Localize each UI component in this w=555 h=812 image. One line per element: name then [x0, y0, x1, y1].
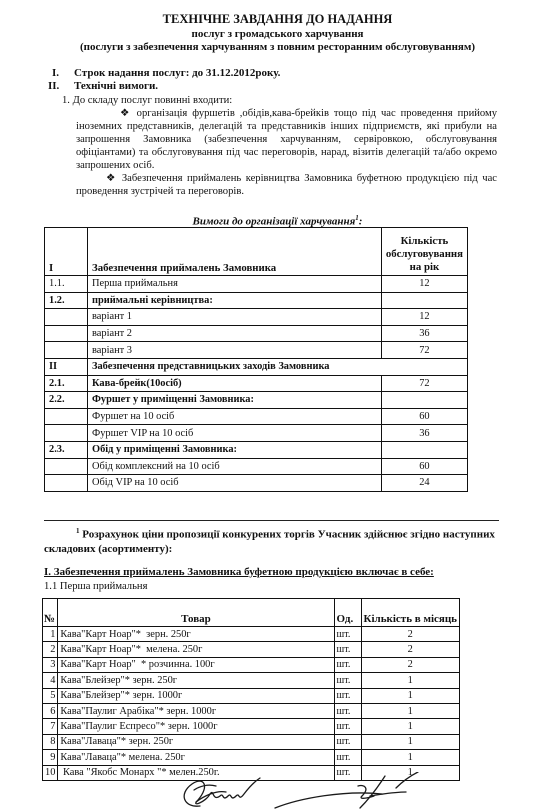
row-number — [45, 475, 88, 492]
row-name: варіант 2 — [88, 325, 382, 342]
row-product: Кава"Лаваца"* мелена. 250г — [58, 750, 334, 765]
row-product: Кава"Паулиг Еспресо"* зерн. 1000г — [58, 719, 334, 734]
requirements-row: Фуршет на 10 осіб60 — [45, 408, 468, 425]
section-1-number: I. — [52, 67, 74, 79]
row-qty: 2 — [361, 642, 460, 657]
row-number: 2 — [43, 642, 58, 657]
header-product: Товар — [58, 599, 334, 627]
row-unit: шт. — [334, 673, 361, 688]
row-unit: шт. — [334, 642, 361, 657]
row-number: 2.1. — [45, 375, 88, 392]
row-qty: 12 — [381, 276, 467, 293]
header-name: Забезпечення приймалень Замовника — [88, 228, 382, 276]
signature-icon — [170, 772, 430, 812]
header-qty: Кількість обслуговування на рік — [381, 228, 467, 276]
requirements-row: 1.1.Перша приймальня12 — [45, 276, 468, 293]
row-qty: 1 — [361, 734, 460, 749]
goods-header-row: № Товар Од. Кількість в місяць — [43, 599, 460, 627]
row-name: Кава-брейк(10осіб) — [88, 375, 382, 392]
row-number: 2.3. — [45, 441, 88, 458]
bullet-2: ❖ Забезпечення приймалень керівництва За… — [76, 172, 497, 198]
row-unit: шт. — [334, 627, 361, 642]
header-num: I — [45, 228, 88, 276]
goods-heading: I. Забезпечення приймалень Замовника буф… — [44, 566, 434, 578]
requirements-row: Обід комплексний на 10 осіб60 — [45, 458, 468, 475]
row-product: Кава"Паулиг Арабіка"* зерн. 1000г — [58, 703, 334, 718]
goods-row: 6Кава"Паулиг Арабіка"* зерн. 1000гшт.1 — [43, 703, 460, 718]
row-qty: 36 — [381, 325, 467, 342]
document-subtitle: послуг з громадського харчування — [0, 28, 555, 40]
row-qty: 60 — [381, 458, 467, 475]
goods-row: 9Кава"Лаваца"* мелена. 250гшт.1 — [43, 750, 460, 765]
requirements-row: 2.1.Кава-брейк(10осіб)72 — [45, 375, 468, 392]
document-subtitle-2: (послуги з забезпечення харчуванням з по… — [0, 41, 555, 53]
goods-subheading: 1.1 Перша приймальня — [44, 581, 147, 592]
row-number: 1 — [43, 627, 58, 642]
row-unit: шт. — [334, 703, 361, 718]
header-num: № — [43, 599, 58, 627]
goods-table: № Товар Од. Кількість в місяць 1Кава"Кар… — [42, 598, 460, 781]
row-number: 1.1. — [45, 276, 88, 293]
goods-row: 3Кава"Карт Ноар" * розчинна. 100гшт.2 — [43, 657, 460, 672]
row-product: Кава"Карт Ноар"* зерн. 250г — [58, 627, 334, 642]
item-1: 1. До складу послуг повинні входити: — [62, 94, 232, 107]
row-name: Обід VIP на 10 осіб — [88, 475, 382, 492]
row-number — [45, 309, 88, 326]
row-unit: шт. — [334, 719, 361, 734]
row-number — [45, 408, 88, 425]
requirements-row: Фуршет VIP на 10 осіб36 — [45, 425, 468, 442]
row-name: Фуршет VIP на 10 осіб — [88, 425, 382, 442]
goods-row: 7Кава"Паулиг Еспресо"* зерн. 1000гшт.1 — [43, 719, 460, 734]
header-unit: Од. — [334, 599, 361, 627]
goods-row: 5Кава"Блейзер"* зерн. 1000гшт.1 — [43, 688, 460, 703]
row-qty: 1 — [361, 719, 460, 734]
requirements-row: 1.2.приймальні керівництва: — [45, 292, 468, 309]
goods-row: 8Кава"Лаваца"* зерн. 250гшт.1 — [43, 734, 460, 749]
row-number: 7 — [43, 719, 58, 734]
row-number: 10 — [43, 765, 58, 780]
row-number — [45, 458, 88, 475]
row-qty: 72 — [381, 375, 467, 392]
row-qty: 12 — [381, 309, 467, 326]
requirements-row: 2.3.Обід у приміщенні Замовника: — [45, 441, 468, 458]
row-product: Кава"Лаваца"* зерн. 250г — [58, 734, 334, 749]
row-number — [45, 342, 88, 359]
footnote-divider — [44, 520, 499, 521]
row-number — [45, 325, 88, 342]
row-name: Забезпечення представницьких заходів Зам… — [88, 358, 382, 375]
row-qty: 1 — [361, 688, 460, 703]
header-qty: Кількість в місяць — [361, 599, 460, 627]
row-number: 1.2. — [45, 292, 88, 309]
row-qty: 1 — [361, 673, 460, 688]
requirements-header-row: I Забезпечення приймалень Замовника Кіль… — [45, 228, 468, 276]
row-number: 8 — [43, 734, 58, 749]
row-number: 2.2. — [45, 392, 88, 409]
section-1-text: Строк надання послуг: до 31.12.2012року. — [74, 67, 280, 79]
row-number: 4 — [43, 673, 58, 688]
footnote-text: Розрахунок ціни пропозиції конкурених то… — [44, 529, 495, 555]
row-name: Фуршет у приміщенні Замовника: — [88, 392, 382, 409]
row-number: 9 — [43, 750, 58, 765]
section-1: I.Строк надання послуг: до 31.12.2012рок… — [52, 67, 280, 79]
row-number: II — [45, 358, 88, 375]
row-name: Обід у приміщенні Замовника: — [88, 441, 382, 458]
requirements-row: варіант 372 — [45, 342, 468, 359]
goods-row: 2Кава"Карт Ноар"* мелена. 250гшт.2 — [43, 642, 460, 657]
requirements-row: 2.2.Фуршет у приміщенні Замовника: — [45, 392, 468, 409]
row-name: варіант 3 — [88, 342, 382, 359]
section-2-text: Технічні вимоги. — [74, 80, 158, 92]
row-product: Кава"Карт Ноар" * розчинна. 100г — [58, 657, 334, 672]
row-unit: шт. — [334, 657, 361, 672]
row-unit: шт. — [334, 734, 361, 749]
row-qty: 72 — [381, 342, 467, 359]
requirements-row: варіант 236 — [45, 325, 468, 342]
section-2-number: II. — [48, 80, 74, 92]
row-qty: 60 — [381, 408, 467, 425]
goods-row: 4Кава"Блейзер"* зерн. 250гшт.1 — [43, 673, 460, 688]
requirements-table: I Забезпечення приймалень Замовника Кіль… — [44, 227, 468, 492]
document-title: ТЕХНІЧНЕ ЗАВДАННЯ ДО НАДАННЯ — [0, 12, 555, 27]
row-unit: шт. — [334, 750, 361, 765]
bullet-1: ❖ організація фуршетів ,обідів,кава-брей… — [76, 107, 497, 172]
row-qty: 1 — [361, 750, 460, 765]
row-unit: шт. — [334, 688, 361, 703]
row-qty — [381, 358, 467, 375]
row-qty: 24 — [381, 475, 467, 492]
footnote: 1 Розрахунок ціни пропозиції конкурених … — [44, 524, 502, 556]
row-product: Кава"Карт Ноар"* мелена. 250г — [58, 642, 334, 657]
row-qty: 2 — [361, 627, 460, 642]
row-name: варіант 1 — [88, 309, 382, 326]
row-qty — [381, 441, 467, 458]
row-number: 3 — [43, 657, 58, 672]
caption-text: Вимоги до організації харчування — [193, 216, 356, 228]
row-name: приймальні керівництва: — [88, 292, 382, 309]
goods-row: 1Кава"Карт Ноар"* зерн. 250гшт.2 — [43, 627, 460, 642]
requirements-caption: Вимоги до організації харчування1: — [0, 214, 555, 228]
requirements-row: Обід VIP на 10 осіб24 — [45, 475, 468, 492]
row-name: Фуршет на 10 осіб — [88, 408, 382, 425]
row-qty: 2 — [361, 657, 460, 672]
row-name: Перша приймальня — [88, 276, 382, 293]
requirements-row: варіант 112 — [45, 309, 468, 326]
row-product: Кава"Блейзер"* зерн. 1000г — [58, 688, 334, 703]
row-number: 6 — [43, 703, 58, 718]
row-qty: 36 — [381, 425, 467, 442]
caption-tail: : — [359, 216, 363, 228]
row-qty: 1 — [361, 703, 460, 718]
row-product: Кава"Блейзер"* зерн. 250г — [58, 673, 334, 688]
row-number: 5 — [43, 688, 58, 703]
section-2: II.Технічні вимоги. — [48, 80, 158, 92]
row-name: Обід комплексний на 10 осіб — [88, 458, 382, 475]
row-qty — [381, 292, 467, 309]
row-qty — [381, 392, 467, 409]
row-number — [45, 425, 88, 442]
requirements-row: IIЗабезпечення представницьких заходів З… — [45, 358, 468, 375]
